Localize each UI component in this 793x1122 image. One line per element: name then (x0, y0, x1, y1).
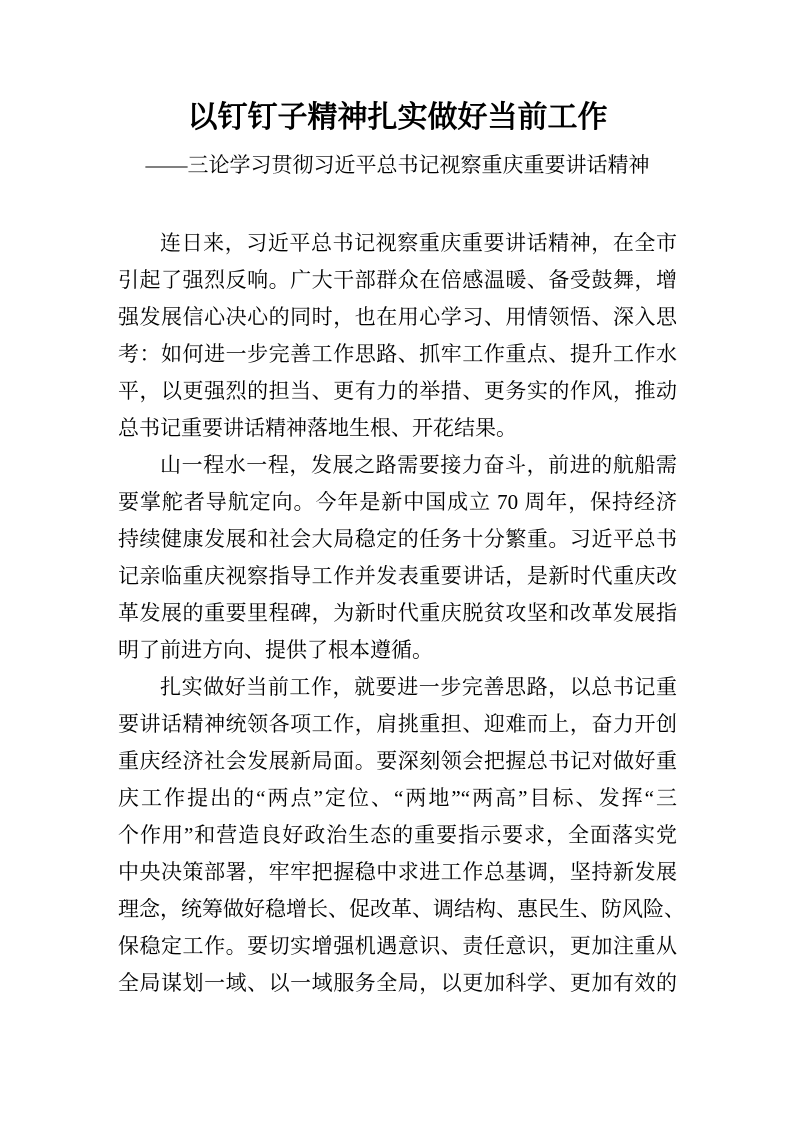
text-line: 连日来，习近平总书记视察重庆重要讲话精神，在全市 (118, 225, 677, 262)
text-line: 庆工作提出的“两点”定位、“两地”“两高”目标、发挥“三 (118, 780, 677, 817)
text-line: 平，以更强烈的担当、更有力的举措、更务实的作风，推动 (118, 373, 677, 410)
document-title: 以钉钉子精神扎实做好当前工作 (118, 98, 677, 138)
text-line: 强发展信心决心的同时，也在用心学习、用情领悟、深入思 (118, 299, 677, 336)
text-line: 全局谋划一域、以一域服务全局，以更加科学、更加有效的 (118, 965, 677, 1002)
text-line: 重庆经济社会发展新局面。要深刻领会把握总书记对做好重 (118, 743, 677, 780)
text-line: 要掌舵者导航定向。今年是新中国成立 70 周年，保持经济 (118, 484, 677, 521)
text-line: 保稳定工作。要切实增强机遇意识、责任意识，更加注重从 (118, 928, 677, 965)
text-line: 记亲临重庆视察指导工作并发表重要讲话，是新时代重庆改 (118, 558, 677, 595)
text-line: 个作用”和营造良好政治生态的重要指示要求，全面落实党 (118, 817, 677, 854)
text-line: 革发展的重要里程碑，为新时代重庆脱贫攻坚和改革发展指 (118, 595, 677, 632)
text-line: 持续健康发展和社会大局稳定的任务十分繁重。习近平总书 (118, 521, 677, 558)
paragraph-3: 扎实做好当前工作，就要进一步完善思路，以总书记重 要讲话精神统领各项工作，肩挑重… (118, 669, 677, 1002)
paragraph-2: 山一程水一程，发展之路需要接力奋斗，前进的航船需 要掌舵者导航定向。今年是新中国… (118, 447, 677, 669)
text-line: 总书记重要讲话精神落地生根、开花结果。 (118, 410, 677, 447)
text-line: 考：如何进一步完善工作思路、抓牢工作重点、提升工作水 (118, 336, 677, 373)
text-line: 要讲话精神统领各项工作，肩挑重担、迎难而上，奋力开创 (118, 706, 677, 743)
paragraph-1: 连日来，习近平总书记视察重庆重要讲话精神，在全市 引起了强烈反响。广大干部群众在… (118, 225, 677, 447)
text-line: 山一程水一程，发展之路需要接力奋斗，前进的航船需 (118, 447, 677, 484)
document-page: 以钉钉子精神扎实做好当前工作 ——三论学习贯彻习近平总书记视察重庆重要讲话精神 … (0, 0, 793, 1122)
text-line: 明了前进方向、提供了根本遵循。 (118, 632, 677, 669)
document-body: 连日来，习近平总书记视察重庆重要讲话精神，在全市 引起了强烈反响。广大干部群众在… (118, 225, 677, 1002)
document-subtitle: ——三论学习贯彻习近平总书记视察重庆重要讲话精神 (118, 150, 677, 180)
text-line: 中央决策部署，牢牢把握稳中求进工作总基调，坚持新发展 (118, 854, 677, 891)
text-line: 理念，统筹做好稳增长、促改革、调结构、惠民生、防风险、 (118, 891, 677, 928)
text-line: 引起了强烈反响。广大干部群众在倍感温暖、备受鼓舞，增 (118, 262, 677, 299)
text-line: 扎实做好当前工作，就要进一步完善思路，以总书记重 (118, 669, 677, 706)
